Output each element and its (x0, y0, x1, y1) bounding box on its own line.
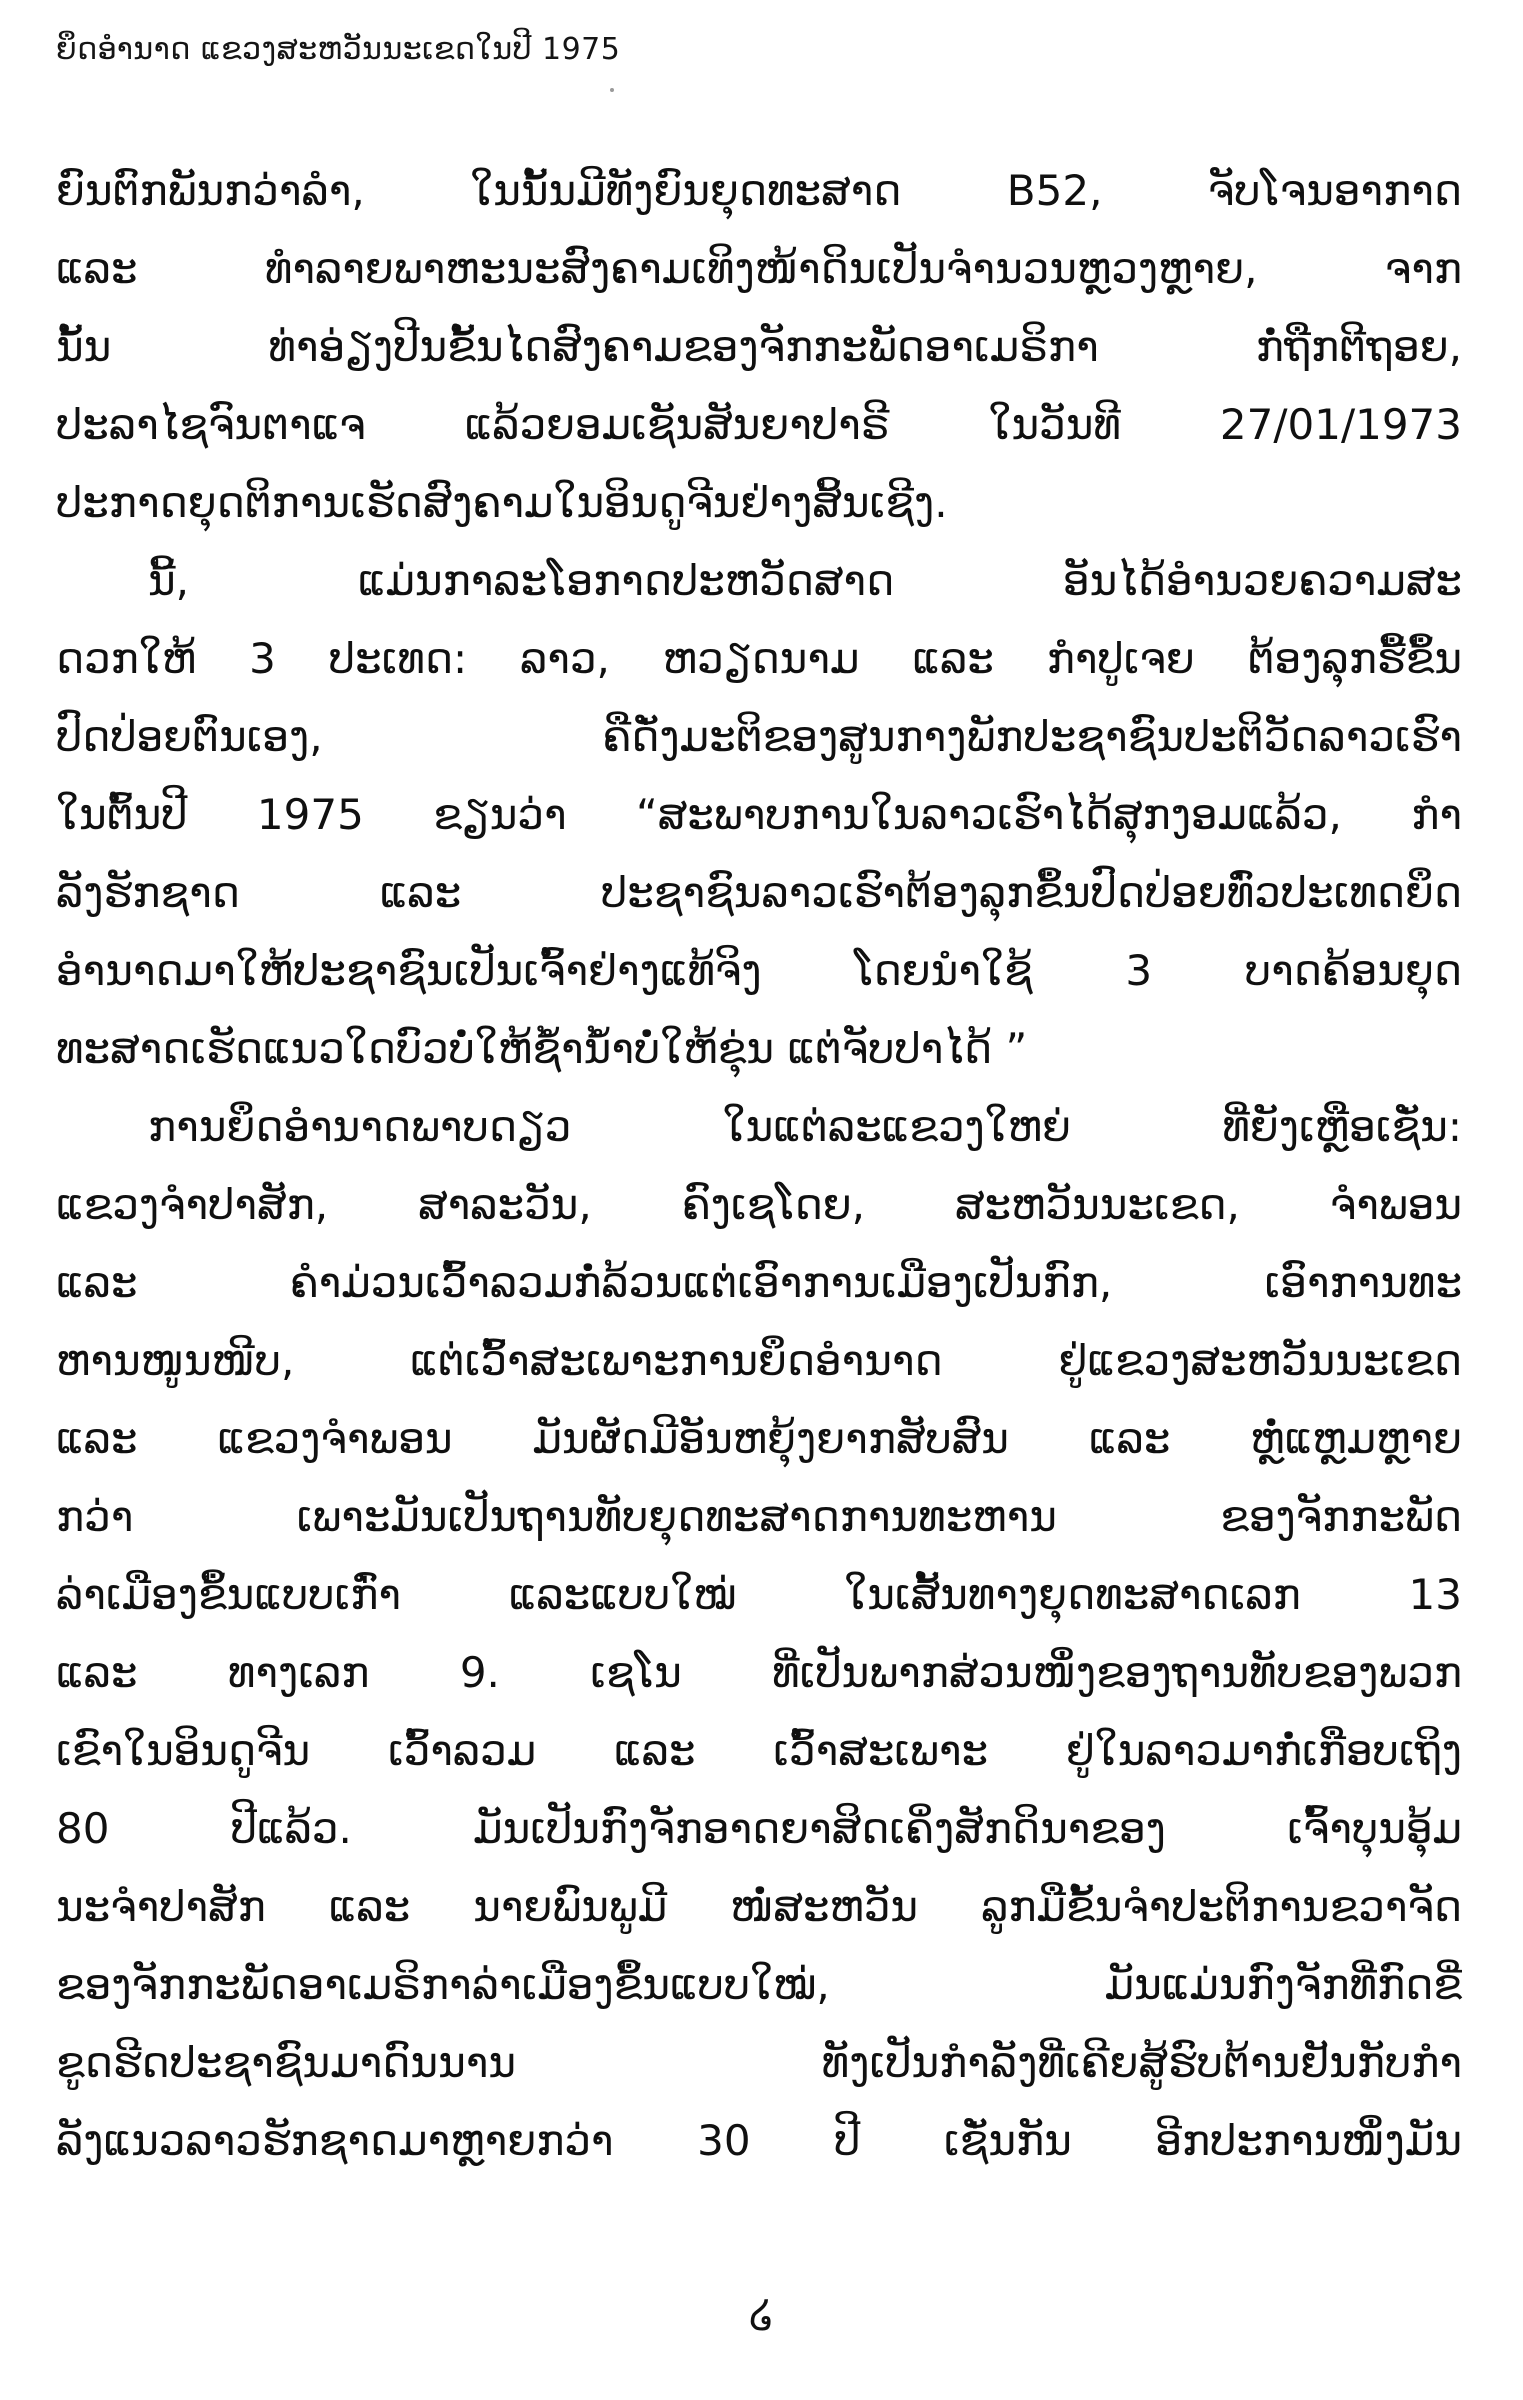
text-line: ລັງແນວລາວຮັກຊາດມາຫຼາຍກວ່າ 30 ປີ ເຊັ່ນກັນ… (56, 2102, 1462, 2180)
text-line: ຂອງຈັກກະພັດອາເມຣິກາລ່າເມືອງຂຶ້ນແບບໃໝ່, ມ… (56, 1946, 1462, 2024)
text-line: ຍົນຕົກພັນກວ່າລຳ, ໃນນັ້ນມີທັງຍົນຍຸດທະສາດ … (56, 152, 1462, 230)
text-line: ແລະ ທາງເລກ 9. ເຊໂນ ທີ່ເປັນພາກສ່ວນໜຶ່ງຂອງ… (56, 1634, 1462, 1712)
text-line: ລ່າເມືອງຂຶ້ນແບບເກົ່າ ແລະແບບໃໝ່ ໃນເສັ້ນທາ… (56, 1556, 1462, 1634)
text-line: ນີ້, ແມ່ນກາລະໂອກາດປະຫວັດສາດ ອັນໄດ້ອຳນວຍຄ… (56, 542, 1462, 620)
text-line: ຂູດຮີດປະຊາຊົນມາດົນນານ ທັງເປັນກຳລັງທີ່ເຄີ… (56, 2024, 1462, 2102)
text-line: ປົດປ່ອຍຕົນເອງ, ຄືດັ່ງມະຕິຂອງສູນກາງພັກປະຊ… (56, 698, 1462, 776)
text-line: ດວກໃຫ້ 3 ປະເທດ: ລາວ, ຫວຽດນາມ ແລະ ກຳປູເຈຍ… (56, 620, 1462, 698)
text-line: ນະຈຳປາສັກ ແລະ ນາຍພົນພູມີ ໜໍ່ສະຫວັນ ລູກມື… (56, 1868, 1462, 1946)
text-line: ແຂວງຈຳປາສັກ, ສາລະວັນ, ຄົງເຊໂດຍ, ສະຫວັນນະ… (56, 1166, 1462, 1244)
page-number: ໒ (0, 2292, 1523, 2338)
text-line: ແລະ ແຂວງຈຳພອນ ມັນຜັດມີອັນຫຍຸ້ງຍາກສັບສົນ … (56, 1400, 1462, 1478)
text-line: ອຳນາດມາໃຫ້ປະຊາຊົນເປັນເຈົ້າຢ່າງແທ້ຈິງ ໂດຍ… (56, 932, 1462, 1010)
text-line: ໃນຕົ້ນປີ 1975 ຂຽນວ່າ “ສະພາບການໃນລາວເຮົາໄ… (56, 776, 1462, 854)
page-body: ຍົນຕົກພັນກວ່າລຳ, ໃນນັ້ນມີທັງຍົນຍຸດທະສາດ … (56, 152, 1462, 2180)
text-line: 80 ປີແລ້ວ. ມັນເປັນກົງຈັກອາດຍາສິດເຄິ່ງສັກ… (56, 1790, 1462, 1868)
text-line: ປະລາໄຊຈົນຕາແຈ ແລ້ວຍອມເຊັນສັນຍາປາຣີ ໃນວັນ… (56, 386, 1462, 464)
text-line: ການຍຶດອຳນາດພາບດຽວ ໃນແຕ່ລະແຂວງໃຫຍ່ ທີ່ຍັງ… (56, 1088, 1462, 1166)
running-head: ຍຶດອຳນາດ ແຂວງສະຫວັນນະເຂດໃນປີ 1975 (56, 30, 620, 69)
text-line: ລັງຮັກຊາດ ແລະ ປະຊາຊົນລາວເຮົາຕ້ອງລຸກຂຶ້ນປ… (56, 854, 1462, 932)
text-line: ແລະ ຄຳມ່ວນເວົ້າລວມກໍ່ລ້ວນແຕ່ເອົາການເມືອງ… (56, 1244, 1462, 1322)
text-line: ທະສາດເຮັດແນວໃດບົວບໍ່ໃຫ້ຊ້ຳນ້ຳບໍ່ໃຫ້ຂຸ່ນ … (56, 1010, 1462, 1088)
text-line: ເຂົາໃນອິນດູຈີນ ເວົ້າລວມ ແລະ ເວົ້າສະເພາະ … (56, 1712, 1462, 1790)
text-line: ແລະ ທຳລາຍພາຫະນະສົງຄາມເທິງໜ້າດິນເປັນຈຳນວນ… (56, 230, 1462, 308)
text-line: ນັ້ນ ທ່າອ່ຽງປີນຂັ້ນໄດສົງຄາມຂອງຈັກກະພັດອາ… (56, 308, 1462, 386)
book-page: ຍຶດອຳນາດ ແຂວງສະຫວັນນະເຂດໃນປີ 1975 ຍົນຕົກ… (0, 0, 1523, 2400)
text-line: ຫານໜູນໜີບ, ແຕ່ເວົ້າສະເພາະການຍຶດອຳນາດ ຢູ່… (56, 1322, 1462, 1400)
text-line: ກວ່າ ເພາະມັນເປັນຖານທັບຍຸດທະສາດການທະຫານ ຂ… (56, 1478, 1462, 1556)
scan-speck (610, 88, 614, 92)
text-line: ປະກາດຍຸດຕິການເຮັດສົງຄາມໃນອິນດູຈີນຢ່າງສິ້… (56, 464, 1462, 542)
